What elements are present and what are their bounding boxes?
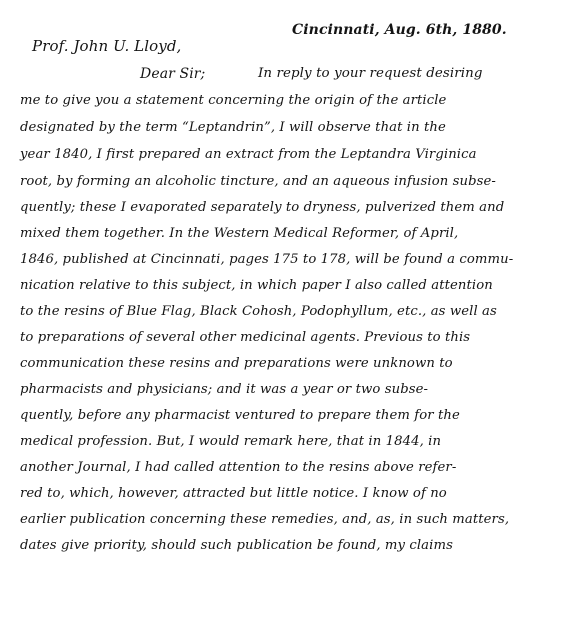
body-line: red to, which, however, attracted but li…	[20, 486, 447, 502]
body-line: medical profession. But, I would remark …	[20, 434, 441, 450]
letter-page: Cincinnati, Aug. 6th, 1880. Prof. John U…	[0, 0, 577, 640]
body-line: me to give you a statement concerning th…	[20, 93, 446, 109]
body-line: quently, before any pharmacist ventured …	[20, 408, 460, 424]
body-line: dates give priority, should such publica…	[20, 538, 453, 554]
body-line: another Journal, I had called attention …	[20, 460, 456, 476]
body-line: nication relative to this subject, in wh…	[20, 278, 493, 294]
body-line: quently; these I evaporated separately t…	[20, 200, 504, 216]
body-line: earlier publication concerning these rem…	[20, 512, 509, 528]
body-line: pharmacists and physicians; and it was a…	[20, 382, 428, 398]
body-line: mixed them together. In the Western Medi…	[20, 226, 458, 242]
body-line: root, by forming an alcoholic tincture, …	[20, 174, 496, 190]
body-line: 1846, published at Cincinnati, pages 175…	[20, 252, 513, 268]
opening-line: In reply to your request desiring	[258, 66, 483, 82]
greeting: Dear Sir;	[140, 66, 205, 82]
addressee: Prof. John U. Lloyd,	[32, 38, 181, 54]
body-line: designated by the term “Leptandrin”, I w…	[20, 120, 446, 136]
body-line: to the resins of Blue Flag, Black Cohosh…	[20, 304, 497, 320]
body-line: communication these resins and preparati…	[20, 356, 453, 372]
place-date: Cincinnati, Aug. 6th, 1880.	[292, 22, 507, 38]
body-line: to preparations of several other medicin…	[20, 330, 470, 346]
body-line: year 1840, I first prepared an extract f…	[20, 147, 477, 163]
